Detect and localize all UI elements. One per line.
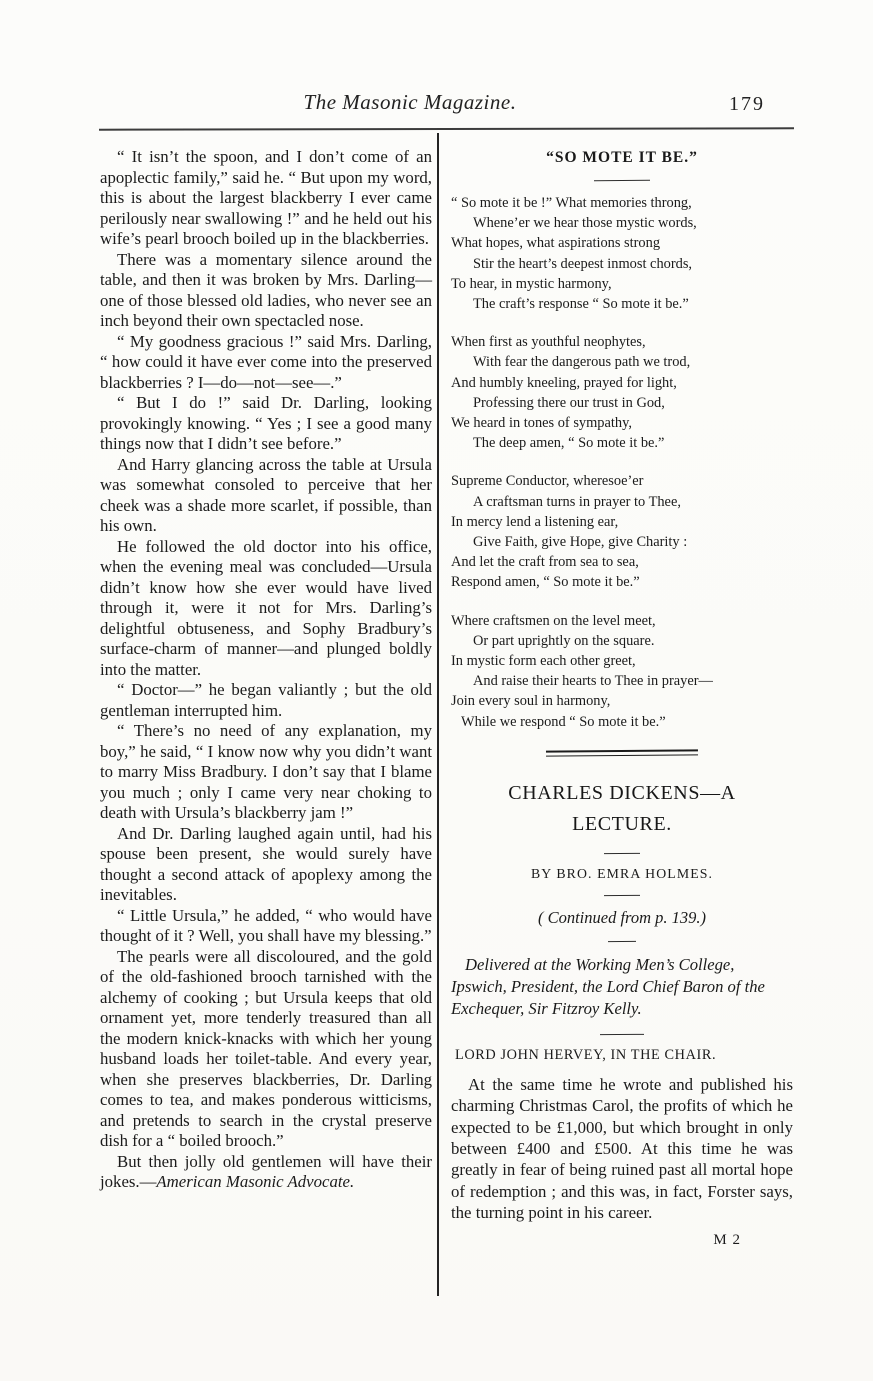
poem-line: The craft’s response “ So mote it be.”: [451, 294, 793, 314]
header-rule: [99, 127, 794, 130]
poem-stanza: Supreme Conductor, wheresoe’er A craftsm…: [451, 471, 793, 592]
poem-line: A craftsman turns in prayer to Thee,: [451, 492, 793, 512]
poem-line: When first as youthful neophytes,: [451, 332, 793, 352]
divider-rule: [604, 895, 640, 896]
story-closing-paragraph: But then jolly old gentlemen will have t…: [100, 1152, 432, 1193]
article-body-paragraph: At the same time he wrote and published …: [451, 1074, 793, 1224]
story-paragraph: “ My goodness gracious !” said Mrs. Darl…: [100, 332, 432, 394]
story-paragraph: “ It isn’t the spoon, and I don’t come o…: [100, 147, 432, 250]
poem-stanza: When first as youthful neophytes, With f…: [451, 332, 793, 453]
page-number: 179: [729, 93, 765, 116]
column-divider-rule: [437, 133, 439, 1296]
poem-line: Or part uprightly on the square.: [451, 631, 793, 651]
poem-line: Professing there our trust in God,: [451, 393, 793, 413]
poem-line: The deep amen, “ So mote it be.”: [451, 433, 793, 453]
poem-line: With fear the dangerous path we trod,: [451, 352, 793, 372]
poem-stanza: “ So mote it be !” What memories throng,…: [451, 193, 793, 314]
article-title: CHARLES DICKENS—ALECTURE.: [451, 778, 793, 840]
story-paragraph: He followed the old doctor into his offi…: [100, 537, 432, 681]
poem-line: In mystic form each other greet,: [451, 651, 793, 671]
poem-stanza: Where craftsmen on the level meet, Or pa…: [451, 611, 793, 732]
divider-rule: [600, 1034, 644, 1035]
poem-line: Stir the heart’s deepest inmost chords,: [451, 254, 793, 274]
poem-line: Where craftsmen on the level meet,: [451, 611, 793, 631]
poem-line: To hear, in mystic harmony,: [451, 274, 793, 294]
poem-line: Give Faith, give Hope, give Charity :: [451, 532, 793, 552]
poem-line: And humbly kneeling, prayed for light,: [451, 373, 793, 393]
poem-line: We heard in tones of sympathy,: [451, 413, 793, 433]
poem-line: What hopes, what aspirations strong: [451, 233, 793, 253]
story-paragraph: And Dr. Darling laughed again until, had…: [100, 824, 432, 906]
section-divider-rule: [546, 749, 698, 756]
poem-line: And raise their hearts to Thee in prayer…: [451, 671, 793, 691]
story-paragraph: There was a momentary silence around the…: [100, 250, 432, 332]
story-source-citation: American Masonic Advocate.: [156, 1172, 354, 1191]
poem-line: And let the craft from sea to sea,: [451, 552, 793, 572]
signature-mark: M 2: [451, 1232, 793, 1249]
right-column: “SO MOTE IT BE.” “ So mote it be !” What…: [451, 147, 793, 1249]
story-paragraph: The pearls were all discoloured, and the…: [100, 947, 432, 1152]
story-paragraph: “ Little Ursula,” he added, “ who would …: [100, 906, 432, 947]
divider-rule: [608, 941, 636, 942]
poem-line: Supreme Conductor, wheresoe’er: [451, 471, 793, 491]
divider-rule: [594, 180, 650, 181]
magazine-page: The Masonic Magazine. 179 “ It isn’t the…: [0, 0, 873, 1381]
poem-line: While we respond “ So mote it be.”: [451, 712, 793, 732]
story-paragraph: “ But I do !” said Dr. Darling, looking …: [100, 393, 432, 455]
magazine-title: The Masonic Magazine.: [100, 90, 720, 115]
poem-title: “SO MOTE IT BE.”: [451, 149, 793, 167]
divider-rule: [604, 853, 640, 854]
story-paragraph: “ There’s no need of any explanation, my…: [100, 721, 432, 824]
poem-line: In mercy lend a listening ear,: [451, 512, 793, 532]
article-title-line2: LECTURE.: [572, 813, 672, 835]
article-byline: BY BRO. EMRA HOLMES.: [451, 866, 793, 882]
left-column: “ It isn’t the spoon, and I don’t come o…: [100, 147, 432, 1193]
article-chair-line: LORD JOHN HERVEY, IN THE CHAIR.: [451, 1047, 793, 1064]
article-continued-note: ( Continued from p. 139.): [451, 908, 793, 928]
article-title-line1: CHARLES DICKENS—A: [508, 782, 735, 804]
story-paragraph: “ Doctor—” he began valiantly ; but the …: [100, 680, 432, 721]
poem-line: Join every soul in harmony,: [451, 691, 793, 711]
poem-line: Whene’er we hear those mystic words,: [451, 213, 793, 233]
article-dedication: Delivered at the Working Men’s College, …: [451, 954, 793, 1021]
poem-line: Respond amen, “ So mote it be.”: [451, 572, 793, 592]
story-paragraph: And Harry glancing across the table at U…: [100, 455, 432, 537]
poem-line: “ So mote it be !” What memories throng,: [451, 193, 793, 213]
